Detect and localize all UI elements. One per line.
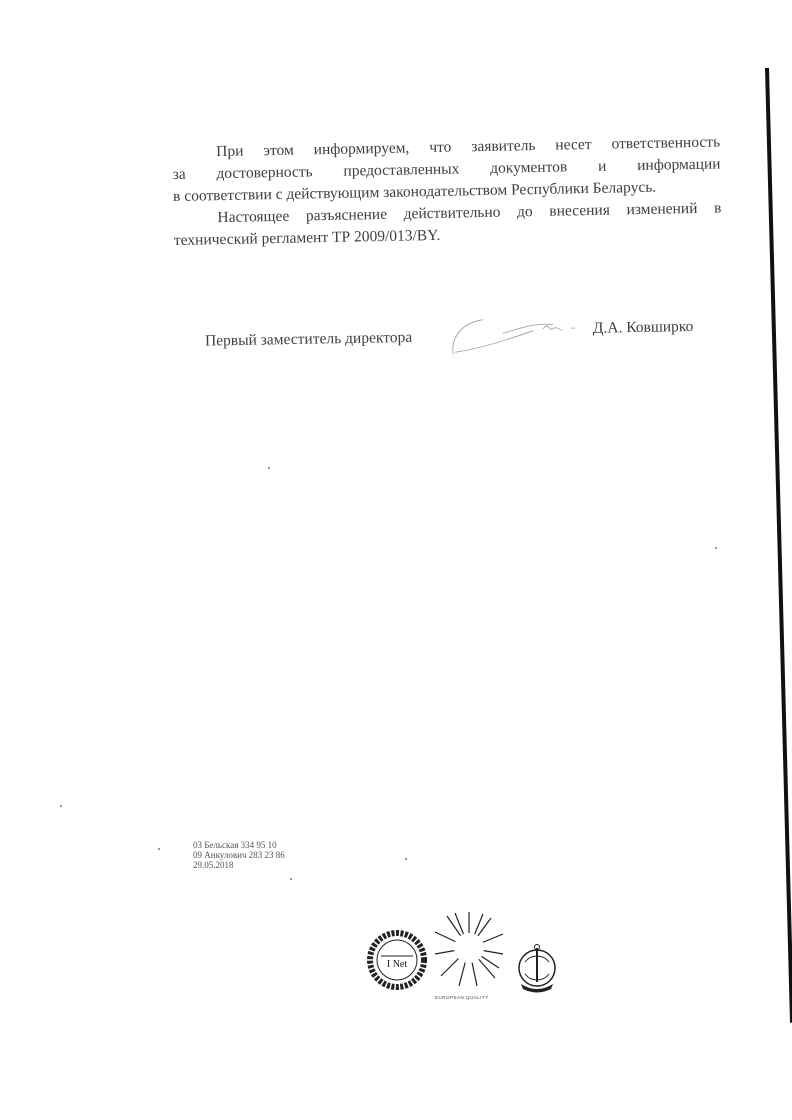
letter-body: При этом информируем, что заявитель несе…: [172, 131, 722, 251]
scan-speck: [715, 547, 717, 549]
scan-speck: [158, 848, 160, 850]
certification-logos: I Net EUROPEAN QUALITY: [365, 905, 565, 1015]
european-quality-logo-icon: [433, 910, 505, 990]
iqnet-logo-icon: I Net: [367, 930, 427, 990]
scan-speck: [268, 467, 270, 469]
scan-edge-line: [765, 68, 792, 1023]
scan-speck: [405, 858, 407, 860]
anchor-emblem-logo-icon: [515, 940, 560, 995]
handwritten-signature: [443, 310, 584, 362]
signer-name: Д.А. Ковширко: [593, 318, 694, 338]
scan-speck: [290, 878, 292, 880]
svg-text:I Net: I Net: [387, 959, 407, 970]
document-page: При этом информируем, что заявитель несе…: [0, 0, 792, 1120]
executor-footnote: 03 Бельская 334 95 10 09 Анкулович 283 2…: [193, 840, 285, 870]
european-quality-caption: EUROPEAN QUALITY: [435, 995, 489, 1000]
signature-block: Первый заместитель директора Д.А. Ковшир…: [205, 313, 726, 362]
signer-position: Первый заместитель директора: [205, 329, 412, 351]
scan-speck: [60, 805, 62, 807]
